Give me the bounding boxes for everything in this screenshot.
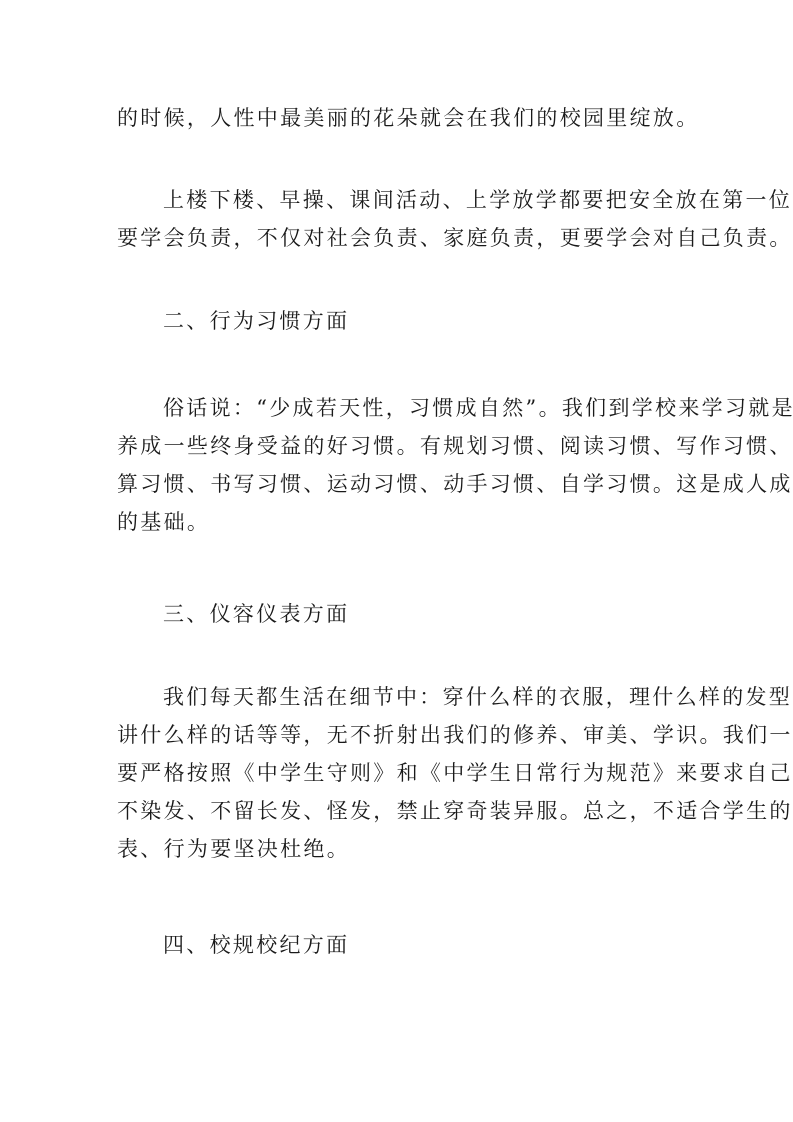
- paragraph-line: 讲什么样的话等等，无不折射出我们的修养、审美、学识。我们一定: [117, 723, 793, 747]
- paragraph-line: 算习惯、书写习惯、运动习惯、动手习惯、自学习惯。这是成人成才: [117, 472, 793, 496]
- section-heading-behavior-habits: 二、行为习惯方面: [163, 309, 349, 333]
- paragraph-line: 要严格按照《中学生守则》和《中学生日常行为规范》来要求自己，: [117, 761, 793, 785]
- paragraph-line: 表、行为要坚决杜绝。: [117, 837, 350, 861]
- section-heading-school-rules: 四、校规校纪方面: [163, 933, 349, 957]
- section-heading-appearance: 三、仪容仪表方面: [163, 602, 349, 626]
- paragraph-line: 俗话说：“少成若天性，习惯成自然”。我们到学校来学习就是来: [163, 396, 793, 420]
- paragraph-line: 上楼下楼、早操、课间活动、上学放学都要把安全放在第一位，: [163, 188, 793, 212]
- paragraph-line: 的时候，人性中最美丽的花朵就会在我们的校园里绽放。: [117, 106, 700, 130]
- paragraph-line: 不染发、不留长发、怪发，禁止穿奇装异服。总之，不适合学生的仪: [117, 799, 793, 823]
- paragraph-line: 的基础。: [117, 510, 210, 534]
- paragraph-line: 养成一些终身受益的好习惯。有规划习惯、阅读习惯、写作习惯、计: [117, 434, 793, 458]
- paragraph-line: 要学会负责，不仅对社会负责、家庭负责，更要学会对自己负责。: [117, 226, 793, 250]
- paragraph-line: 我们每天都生活在细节中：穿什么样的衣服，理什么样的发型，: [163, 685, 793, 709]
